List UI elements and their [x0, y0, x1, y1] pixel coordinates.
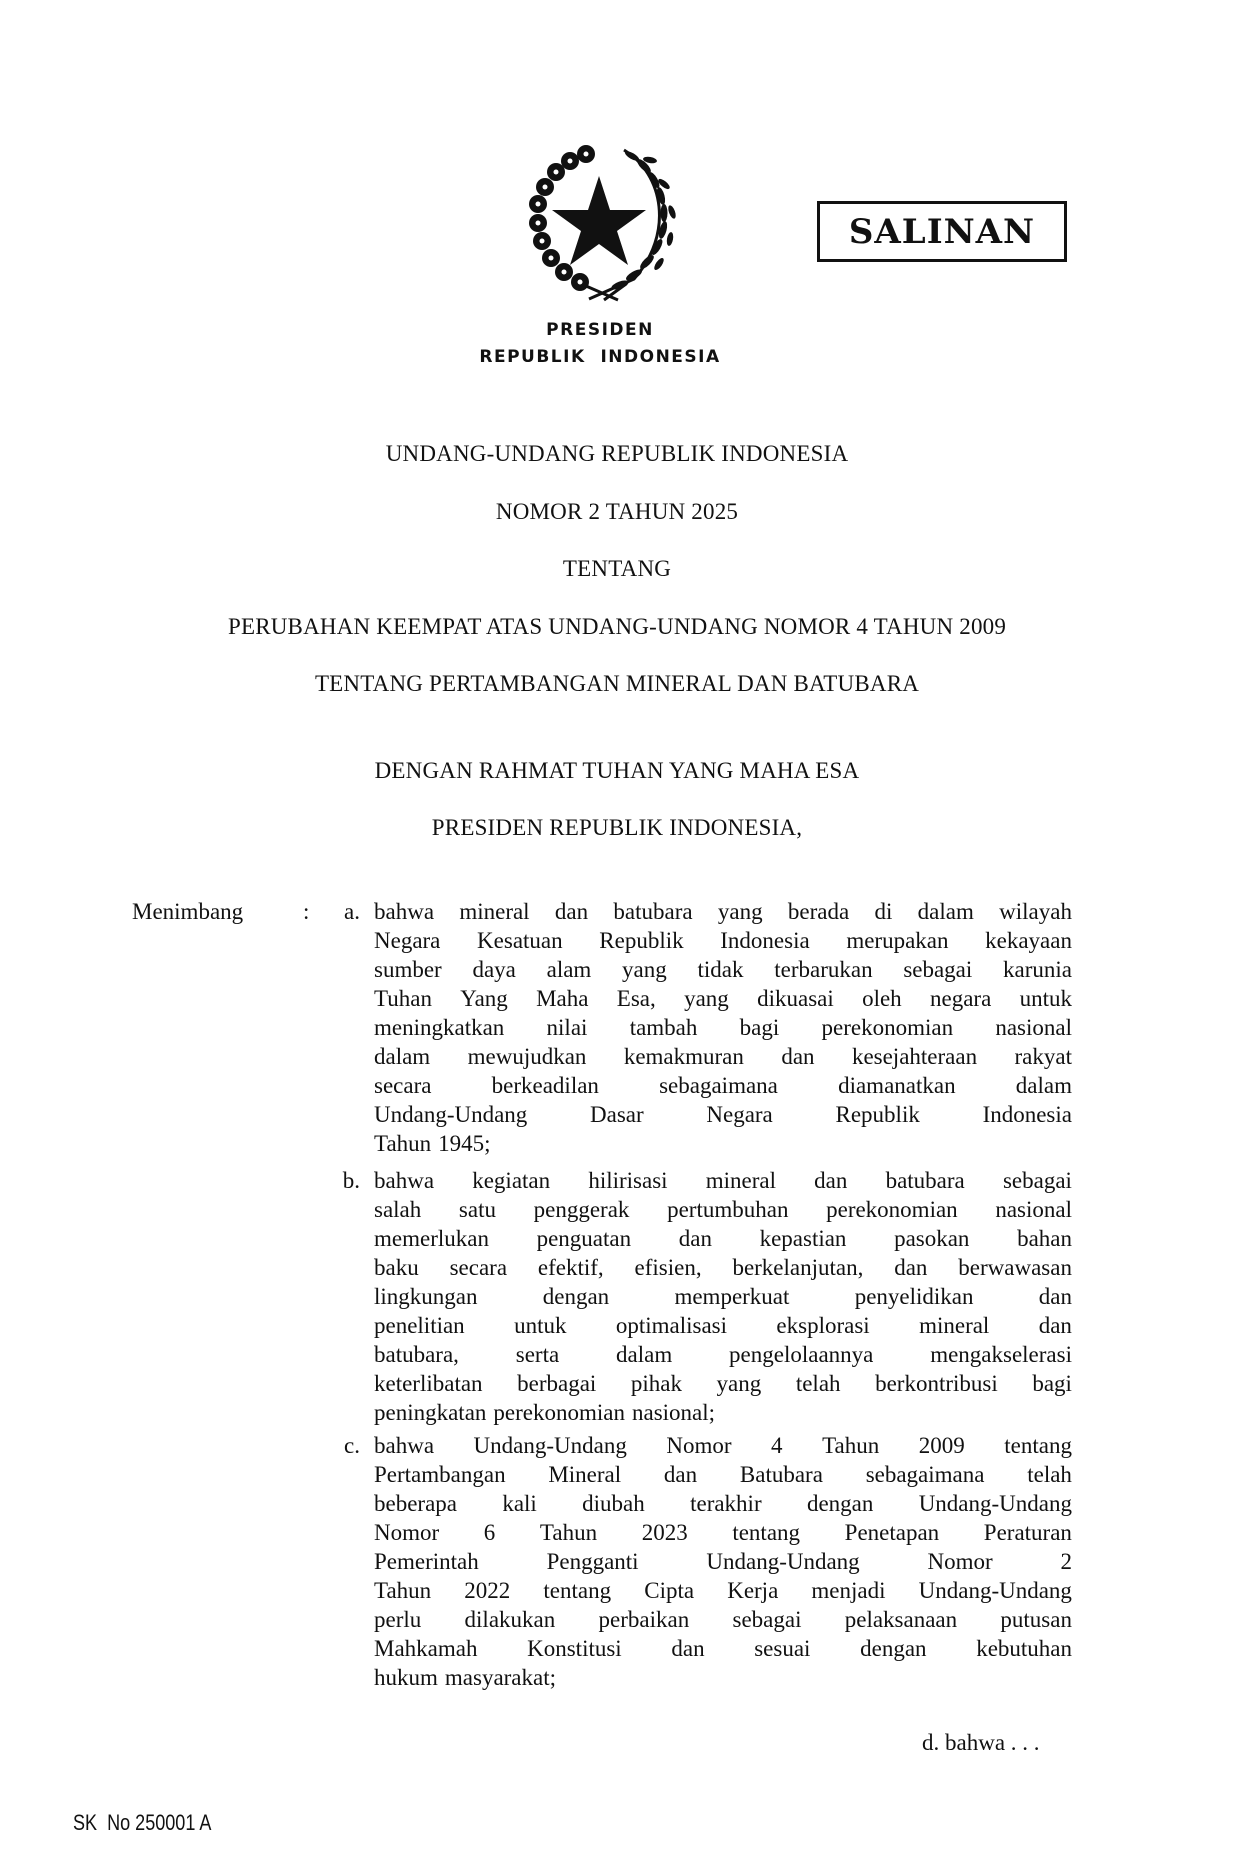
- paragraph-line: penelitianuntukoptimalisasieksplorasimin…: [374, 1311, 1072, 1340]
- paragraph-line: bakusecaraefektif,efisien,berkelanjutan,…: [374, 1253, 1072, 1282]
- paragraph-line: sumberdayaalamyangtidakterbarukansebagai…: [374, 955, 1072, 984]
- paragraph-line: bahwamineraldanbatubarayangberadadidalam…: [374, 897, 1072, 926]
- paragraph-line: meningkatkannilaitambahbagiperekonomiann…: [374, 1013, 1072, 1042]
- paragraph-line: bahwakegiatanhilirisasimineraldanbatubar…: [374, 1166, 1072, 1195]
- paragraph-line: Nomor6Tahun2023tentangPenetapanPeraturan: [374, 1518, 1072, 1547]
- paragraph-line: dalammewujudkankemakmurandankesejahteraa…: [374, 1042, 1072, 1071]
- paragraph-line: lingkungandenganmemperkuatpenyelidikanda…: [374, 1282, 1072, 1311]
- paragraph-line: bahwaUndang-UndangNomor4Tahun2009tentang: [374, 1431, 1072, 1460]
- paragraph-line: perludilakukanperbaikansebagaipelaksanaa…: [374, 1605, 1072, 1634]
- paragraph-line: memerlukanpenguatandankepastianpasokanba…: [374, 1224, 1072, 1253]
- paragraph-line: salahsatupenggerakpertumbuhanperekonomia…: [374, 1195, 1072, 1224]
- paragraph-line: MahkamahKonstitusidansesuaidengankebutuh…: [374, 1634, 1072, 1663]
- paragraph-line: NegaraKesatuanRepublikIndonesiamerupakan…: [374, 926, 1072, 955]
- item-marker-b: b.: [330, 1166, 360, 1195]
- header-president: PRESIDEN: [400, 320, 800, 340]
- title-number-year: NOMOR 2 TAHUN 2025: [0, 500, 1234, 524]
- paragraph-line: secaraberkeadilansebagaimanadiamanatkand…: [374, 1071, 1072, 1100]
- considering-colon: :: [303, 897, 309, 926]
- document-serial-number: SK No 250001 A: [73, 1810, 211, 1836]
- title-about: TENTANG: [0, 557, 1234, 581]
- title-law-type: UNDANG-UNDANG REPUBLIK INDONESIA: [0, 442, 1234, 466]
- paragraph-line: TuhanYangMahaEsa,yangdikuasaiolehnegarau…: [374, 984, 1072, 1013]
- item-marker-a: a.: [330, 897, 360, 926]
- consideration-c: bahwaUndang-UndangNomor4Tahun2009tentang…: [374, 1431, 1072, 1692]
- presidential-emblem: [514, 134, 684, 304]
- consideration-b: bahwakegiatanhilirisasimineraldanbatubar…: [374, 1166, 1072, 1427]
- copy-stamp: SALINAN: [817, 201, 1067, 262]
- paragraph-line: peningkatanperekonomiannasional;: [374, 1398, 1072, 1427]
- paragraph-line: hukummasyarakat;: [374, 1663, 1072, 1692]
- copy-stamp-text: SALINAN: [849, 212, 1035, 252]
- preamble-president: PRESIDEN REPUBLIK INDONESIA,: [0, 816, 1234, 840]
- paragraph-line: batubara,sertadalampengelolaannyamengaks…: [374, 1340, 1072, 1369]
- consideration-a: bahwamineraldanbatubarayangberadadidalam…: [374, 897, 1072, 1158]
- paragraph-line: Undang-UndangDasarNegaraRepublikIndonesi…: [374, 1100, 1072, 1129]
- paragraph-line: beberapakalidiubahterakhirdenganUndang-U…: [374, 1489, 1072, 1518]
- paragraph-line: Tahun1945;: [374, 1129, 1072, 1158]
- title-subject: PERUBAHAN KEEMPAT ATAS UNDANG-UNDANG NOM…: [0, 615, 1234, 639]
- star-wreath-icon: [514, 134, 684, 304]
- title-subject-detail: TENTANG PERTAMBANGAN MINERAL DAN BATUBAR…: [0, 672, 1234, 696]
- item-marker-c: c.: [330, 1431, 360, 1460]
- considering-label: Menimbang: [132, 897, 243, 926]
- paragraph-line: PemerintahPenggantiUndang-UndangNomor2: [374, 1547, 1072, 1576]
- paragraph-line: Tahun2022tentangCiptaKerjamenjadiUndang-…: [374, 1576, 1072, 1605]
- page-continuation: d. bahwa . . .: [922, 1728, 1040, 1757]
- paragraph-line: PertambanganMineraldanBatubarasebagaiman…: [374, 1460, 1072, 1489]
- header-republic: REPUBLIK INDONESIA: [400, 347, 800, 367]
- preamble-divine: DENGAN RAHMAT TUHAN YANG MAHA ESA: [0, 759, 1234, 783]
- paragraph-line: keterlibatanberbagaipihakyangtelahberkon…: [374, 1369, 1072, 1398]
